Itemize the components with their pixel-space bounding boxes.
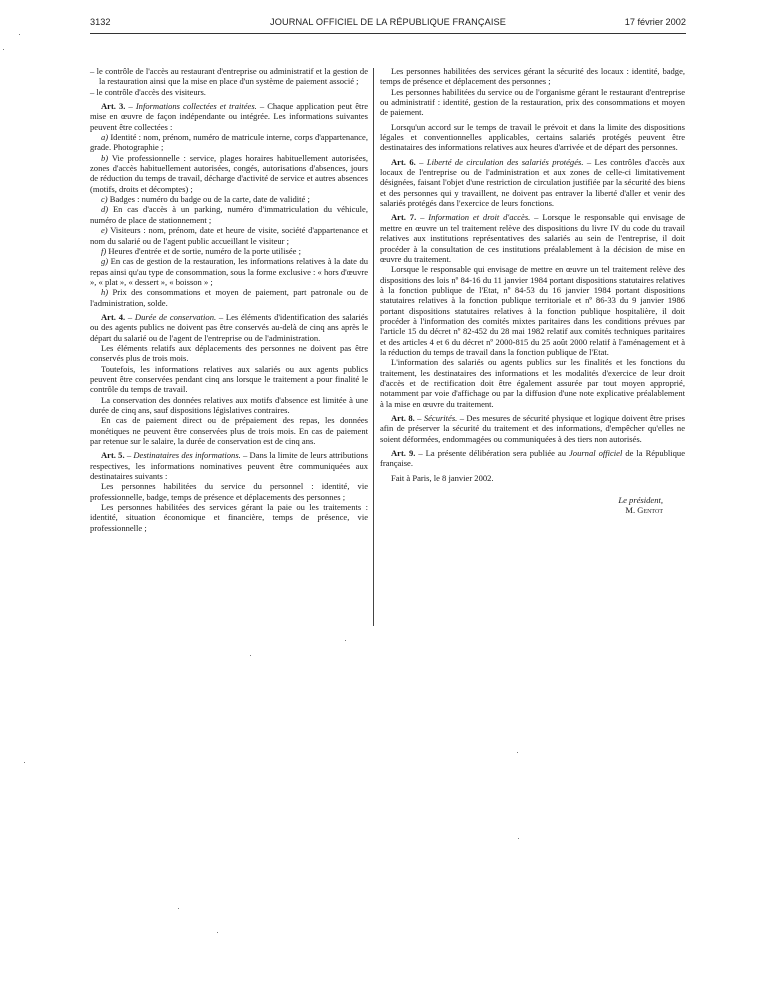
paragraph: Les personnes habilitées du service ou d… <box>380 87 685 118</box>
scan-speck <box>345 640 346 641</box>
right-column: Les personnes habilitées des services gé… <box>380 66 685 516</box>
closing-line: Fait à Paris, le 8 janvier 2002. <box>380 473 685 483</box>
scan-speck <box>24 762 25 763</box>
article-label: Art. 4. <box>101 312 125 322</box>
publication-title: JOURNAL OFFICIEL DE LA RÉPUBLIQUE FRANÇA… <box>90 17 686 27</box>
scan-speck <box>19 34 20 35</box>
signature-name: M. Gentot <box>380 505 685 515</box>
list-item: a) Identité : nom, prénom, numéro de mat… <box>90 132 368 153</box>
paragraph: L'information des salariés ou agents pub… <box>380 357 685 409</box>
bullet-item: – le contrôle d'accès des visiteurs. <box>90 87 368 97</box>
paragraph: Les personnes habilitées du service du p… <box>90 481 368 502</box>
list-item: b) Vie professionnelle : service, plages… <box>90 153 368 194</box>
article-6: Art. 6. – Liberté de circulation des sal… <box>380 157 685 209</box>
column-divider <box>373 68 374 626</box>
publication-date: 17 février 2002 <box>625 17 686 27</box>
article-label: Art. 5. <box>101 450 125 460</box>
scan-speck <box>178 908 179 909</box>
scan-speck <box>517 752 518 753</box>
list-item: c) Badges : numéro du badge ou de la car… <box>90 194 368 204</box>
paragraph: Lorsque le responsable qui envisage de m… <box>380 264 685 357</box>
list-item: g) En cas de gestion de la restauration,… <box>90 256 368 287</box>
paragraph: Lorsqu'un accord sur le temps de travail… <box>380 122 685 153</box>
left-column: – le contrôle de l'accès au restaurant d… <box>90 66 368 533</box>
paragraph: En cas de paiement direct ou de prépaiem… <box>90 415 368 446</box>
paragraph: Toutefois, les informations relatives au… <box>90 364 368 395</box>
header-rule <box>90 33 686 34</box>
article-label: Art. 7. <box>391 212 416 222</box>
article-title: Information et droit d'accès. <box>428 212 530 222</box>
article-label: Art. 3. <box>101 101 125 111</box>
article-4: Art. 4. – Durée de conservation. – Les é… <box>90 312 368 343</box>
page-header: 3132 JOURNAL OFFICIEL DE LA RÉPUBLIQUE F… <box>90 17 686 31</box>
signature-role: Le président, <box>380 495 685 505</box>
scan-speck <box>518 838 519 839</box>
article-label: Art. 6. <box>391 157 416 167</box>
list-item: d) En cas d'accès à un parking, numéro d… <box>90 204 368 225</box>
paragraph: Les personnes habilitées des services gé… <box>90 502 368 533</box>
list-item: h) Prix des consommations et moyen de pa… <box>90 287 368 308</box>
article-title: Liberté de circulation des salariés prot… <box>427 157 584 167</box>
article-title: Durée de conservation. <box>135 312 216 322</box>
scan-speck <box>250 655 251 656</box>
article-label: Art. 8. <box>391 413 415 423</box>
article-title: Informations collectées et traitées. <box>136 101 257 111</box>
article-7: Art. 7. – Information et droit d'accès. … <box>380 212 685 264</box>
article-label: Art. 9. <box>391 448 415 458</box>
paragraph: Les personnes habilitées des services gé… <box>380 66 685 87</box>
paragraph: Les éléments relatifs aux déplacements d… <box>90 343 368 364</box>
article-8: Art. 8. – Sécurités. – Des mesures de sé… <box>380 413 685 444</box>
list-item: f) Heures d'entrée et de sortie, numéro … <box>90 246 368 256</box>
list-item: e) Visiteurs : nom, prénom, date et heur… <box>90 225 368 246</box>
bullet-item: – le contrôle de l'accès au restaurant d… <box>90 66 368 87</box>
article-title: Sécurités. <box>424 413 457 423</box>
journal-officiel-title: Journal officiel <box>569 448 622 458</box>
paragraph: La conservation des données relatives au… <box>90 395 368 416</box>
article-5: Art. 5. – Destinataires des informations… <box>90 450 368 481</box>
article-9: Art. 9. – La présente délibération sera … <box>380 448 685 469</box>
article-3: Art. 3. – Informations collectées et tra… <box>90 101 368 132</box>
scan-speck <box>3 49 4 50</box>
article-title: Destinataires des informations. <box>133 450 240 460</box>
scan-speck <box>217 932 218 933</box>
